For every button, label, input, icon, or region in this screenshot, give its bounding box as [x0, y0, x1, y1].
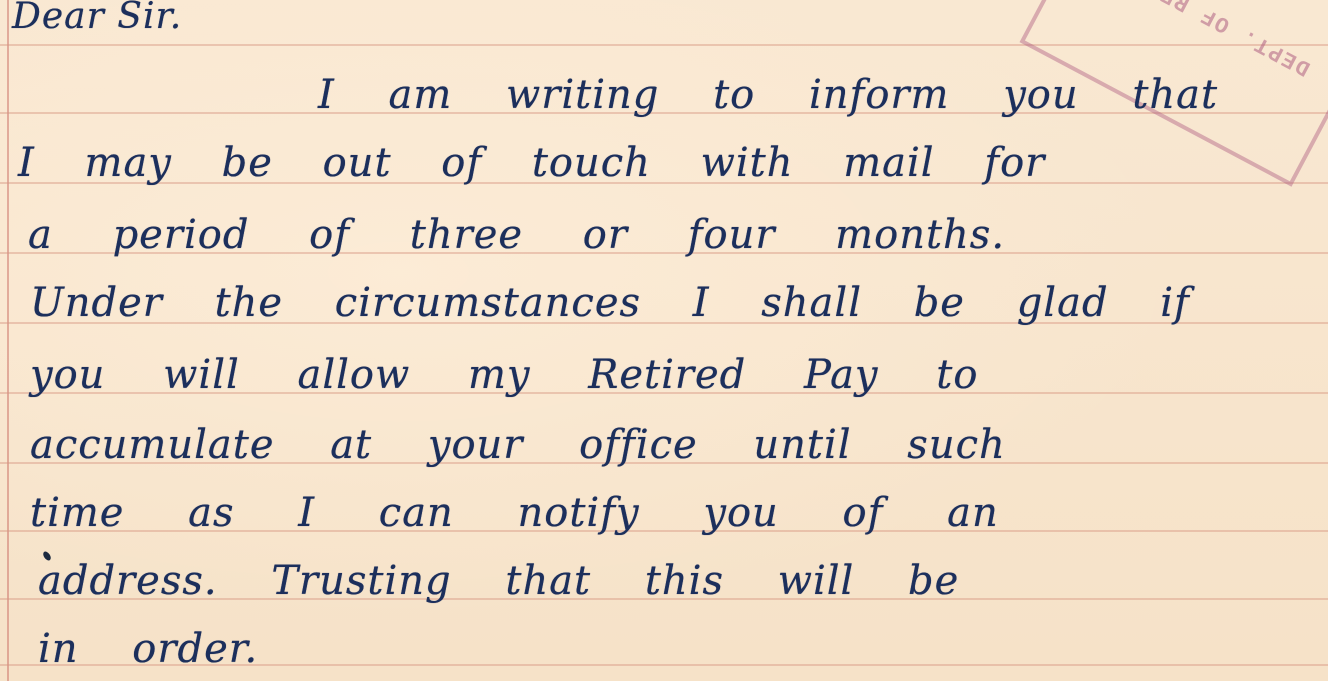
letter-line-3: a period of three or four months. [28, 212, 1005, 258]
salutation: Dear Sir. [12, 0, 182, 37]
letter-page: DEPT. OF REPATRI Dear Sir. I am writing … [0, 0, 1328, 681]
letter-line-4: Under the circumstances I shall be glad … [30, 280, 1190, 326]
letter-line-1: I am writing to inform you that [318, 72, 1218, 118]
letter-line-7: time as I can notify you of an [30, 490, 999, 536]
letter-line-5: you will allow my Retired Pay to [30, 352, 978, 398]
letter-line-6: accumulate at your office until such [30, 422, 1006, 468]
letter-line-2: I may be out of touch with mail for [18, 140, 1045, 186]
letter-line-9: in order. [38, 626, 258, 672]
margin-line [7, 0, 9, 681]
letter-line-8: address. Trusting that this will be [38, 558, 959, 604]
